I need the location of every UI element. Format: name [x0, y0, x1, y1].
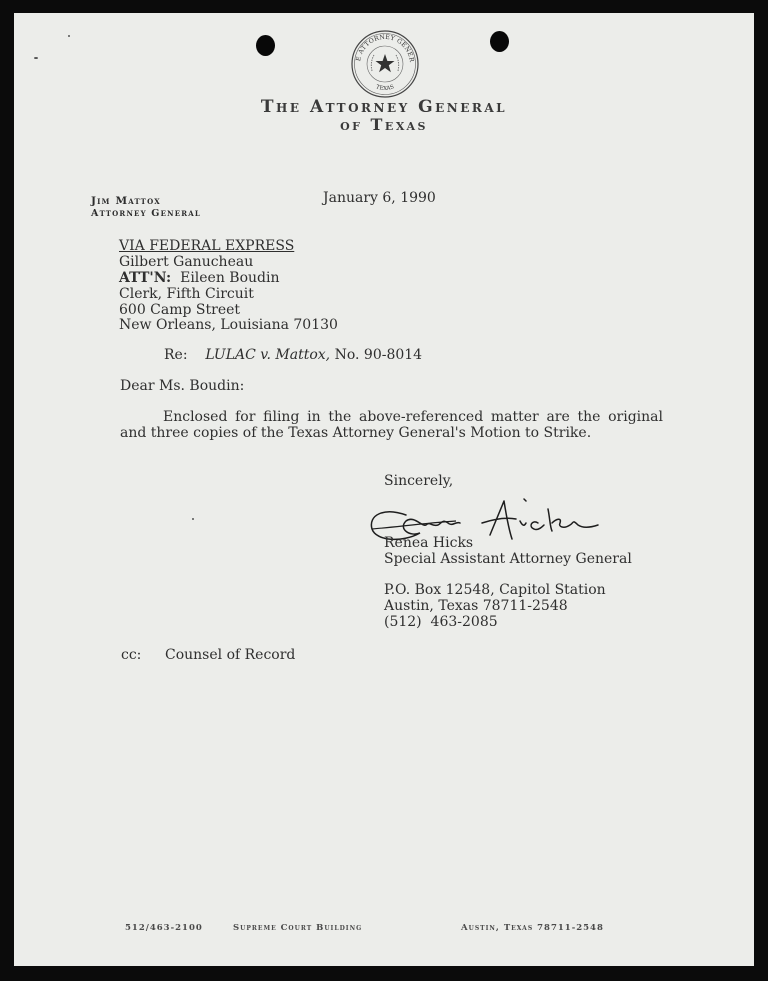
- attn-label: ATT'N:: [119, 270, 171, 286]
- recipient-office: Clerk, Fifth Circuit: [119, 287, 254, 303]
- recipient-name: Gilbert Ganucheau: [119, 255, 253, 271]
- svg-text:THE ATTORNEY GENERAL: THE ATTORNEY GENERAL: [350, 29, 415, 63]
- recipient-city: New Orleans, Louisiana 70130: [119, 318, 338, 334]
- footer-phone: 512/463-2100: [125, 923, 203, 933]
- signer-address-line1: P.O. Box 12548, Capitol Station: [384, 583, 606, 599]
- letter-date: January 6, 1990: [323, 191, 436, 207]
- signer-address-line2: Austin, Texas 78711-2548: [384, 599, 568, 615]
- valediction: Sincerely,: [384, 474, 453, 490]
- delivery-method: VIA FEDERAL EXPRESS: [119, 239, 294, 255]
- cc-label: cc:: [121, 648, 141, 664]
- re-case: LULAC v. Mattox,: [205, 347, 330, 363]
- signer-phone: (512) 463-2085: [384, 615, 498, 631]
- punch-hole-left: [256, 35, 275, 56]
- signer-title: Special Assistant Attorney General: [384, 552, 632, 568]
- attention-line: ATT'N: Eileen Boudin: [119, 271, 280, 287]
- re-number: No. 90-8014: [335, 347, 423, 363]
- attorney-general-seal-icon: THE ATTORNEY GENERAL TEXAS: [350, 29, 420, 99]
- speck: [192, 518, 194, 520]
- salutation: Dear Ms. Boudin:: [120, 379, 244, 395]
- punch-hole-right: [490, 31, 509, 52]
- speck: [68, 35, 70, 37]
- re-label: Re:: [164, 347, 188, 363]
- signer-name: Renea Hicks: [384, 536, 473, 552]
- svg-text:TEXAS: TEXAS: [375, 84, 395, 92]
- sender-name: Jim Mattox: [91, 195, 161, 207]
- footer-building: Supreme Court Building: [233, 923, 362, 933]
- body-paragraph: Enclosed for filing in the above-referen…: [120, 410, 663, 441]
- letterhead-subtitle: of Texas: [14, 115, 754, 134]
- speck: [34, 57, 38, 59]
- letter-page: THE ATTORNEY GENERAL TEXAS The Attorney …: [14, 13, 754, 966]
- re-line: Re: LULAC v. Mattox, No. 90-8014: [164, 348, 422, 364]
- attn-name: Eileen Boudin: [180, 270, 279, 286]
- letterhead-title: The Attorney General: [14, 97, 754, 117]
- footer-city: Austin, Texas 78711-2548: [461, 923, 604, 933]
- cc-value: Counsel of Record: [165, 648, 295, 664]
- sender-title: Attorney General: [91, 208, 201, 219]
